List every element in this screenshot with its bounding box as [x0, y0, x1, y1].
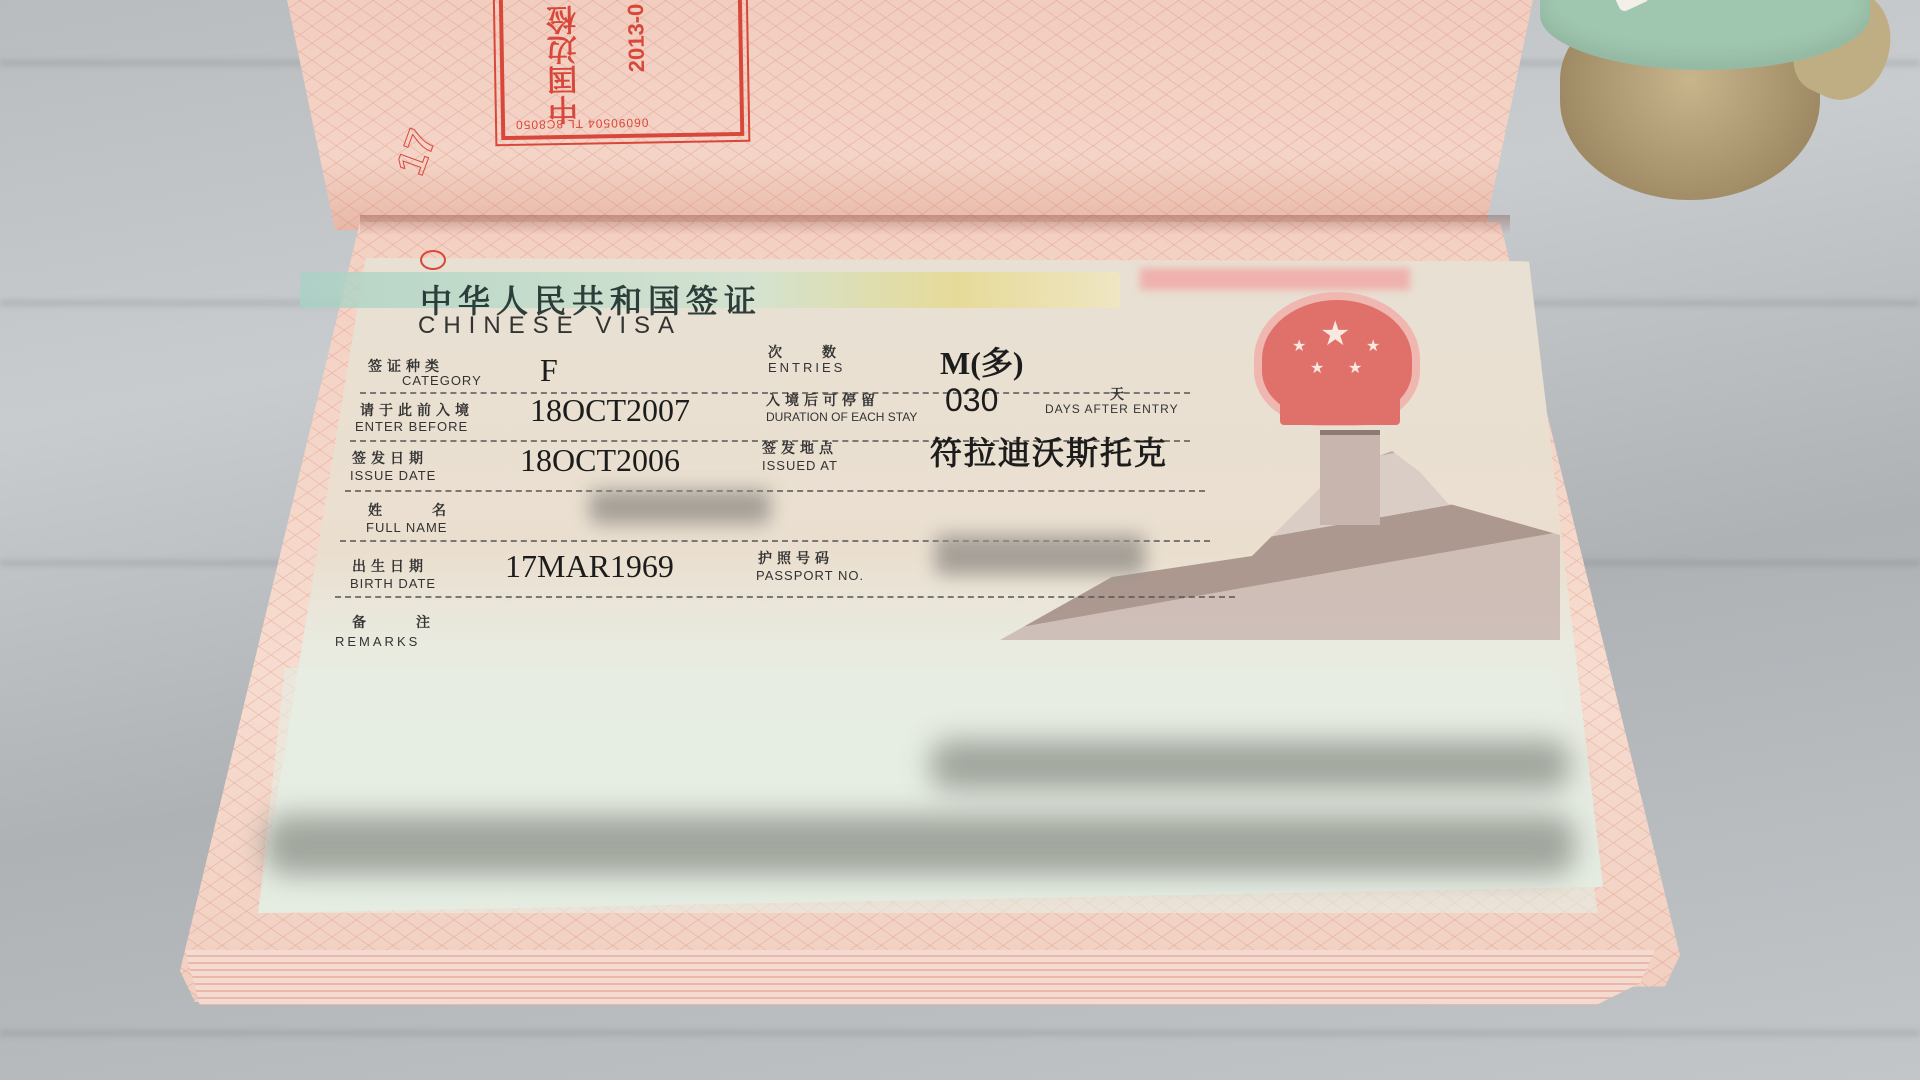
stamp-date: 2013-0 [623, 4, 650, 73]
hologram-logo-icon [420, 250, 446, 270]
passport-no-label-cn: 护照号码 [758, 548, 834, 568]
field-divider [335, 596, 1235, 598]
duration-label-cn: 入境后可停留 [766, 390, 880, 410]
enter-before-label-en: ENTER BEFORE [355, 419, 468, 434]
visa-title-english: CHINESE VISA [418, 312, 682, 340]
enter-before-value: 18OCT2007 [530, 392, 690, 429]
stamp-footer: 06090504 TL 8C8050 [515, 116, 649, 132]
issued-at-label-en: ISSUED AT [762, 458, 838, 473]
redacted-passport-number [935, 535, 1145, 575]
star-icon: ★ [1366, 336, 1380, 356]
enter-before-label-cn: 请于此前入境 [360, 400, 474, 420]
redacted-mrz-line-1 [930, 740, 1570, 790]
issue-date-label-cn: 签发日期 [352, 448, 428, 468]
field-divider [345, 490, 1205, 492]
redacted-full-name [590, 490, 770, 524]
passport-no-label-en: PASSPORT NO. [756, 568, 864, 583]
category-value: F [540, 352, 558, 389]
entries-label-en: ENTRIES [768, 360, 845, 375]
emblem-base [1280, 395, 1400, 425]
issued-at-label-cn: 签发地点 [762, 438, 838, 458]
duration-unit-en: DAYS AFTER ENTRY [1045, 402, 1179, 416]
duration-unit-cn: 天 [1110, 384, 1129, 404]
stamp-text: 中国边检 [543, 5, 589, 126]
duration-label-en: DURATION OF EACH STAY [766, 410, 917, 424]
star-icon: ★ [1320, 314, 1350, 354]
issued-at-value: 符拉迪沃斯托克 [930, 428, 1168, 474]
toy-figurine [1500, 0, 1920, 250]
entries-value: M(多) [940, 338, 1024, 384]
star-icon: ★ [1310, 358, 1324, 378]
star-icon: ★ [1348, 358, 1362, 378]
great-wall-tower [1320, 430, 1380, 525]
category-label-en: CATEGORY [402, 373, 482, 388]
redacted-mrz-line-2 [265, 815, 1575, 875]
entry-stamp: 中国边检 2013-0 06090504 TL 8C8050 [499, 0, 745, 140]
full-name-label-cn: 姓名 [368, 500, 496, 520]
issue-date-value: 18OCT2006 [520, 442, 680, 479]
machine-readable-zone [258, 668, 1598, 913]
birth-date-value: 17MAR1969 [505, 548, 674, 585]
remarks-label-cn: 备注 [352, 612, 480, 632]
page-security-pattern [285, 0, 1535, 230]
issue-date-label-en: ISSUE DATE [350, 468, 436, 483]
passport-page-edges [185, 950, 1655, 1005]
passport-upper-page [285, 0, 1535, 230]
entries-label-cn: 次数 [768, 342, 876, 362]
birth-date-label-en: BIRTH DATE [350, 576, 436, 591]
duration-value: 030 [945, 382, 998, 419]
birth-date-label-cn: 出生日期 [352, 556, 428, 576]
passport-spine-shadow [360, 215, 1510, 235]
surface-texture [0, 1030, 1920, 1036]
full-name-label-en: FULL NAME [366, 520, 447, 535]
remarks-label-en: REMARKS [335, 634, 420, 649]
star-icon: ★ [1292, 336, 1306, 356]
redacted-visa-number [1140, 268, 1410, 290]
